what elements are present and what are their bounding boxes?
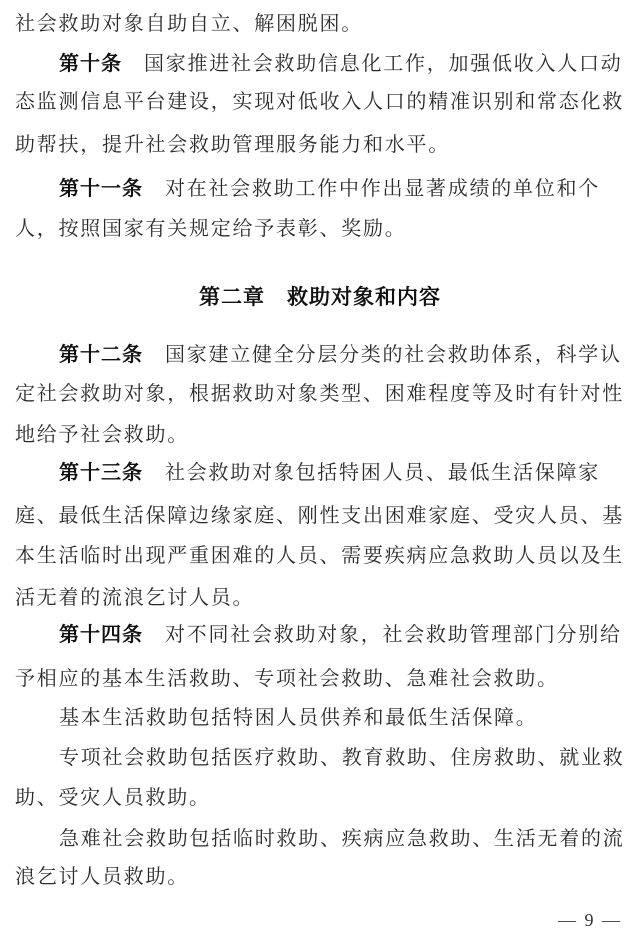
line-text: 定社会救助对象，根据救助对象类型、困难程度等及时有针对性 <box>15 381 624 405</box>
line-text: 浪乞讨人员救助。 <box>15 864 189 888</box>
chapter-heading: 第二章救助对象和内容 <box>0 281 640 311</box>
chapter-title: 救助对象和内容 <box>287 284 441 309</box>
article-13-line-3: 本生活临时出现严重困难的人员、需要疾病应急救助人员以及生 <box>15 543 627 567</box>
paragraph-basic-assistance: 基本生活救助包括特困人员供养和最低生活保障。 <box>15 705 640 729</box>
article-13-line-4: 活无着的流浪乞讨人员。 <box>15 585 627 609</box>
line-text: 予相应的基本生活救助、专项社会救助、急难社会救助。 <box>15 666 559 690</box>
line-text: 人，按照国家有关规定给予表彰、奖励。 <box>15 216 407 240</box>
article-11-line-1: 第十一条对在社会救助工作中作出显著成绩的单位和个 <box>15 176 640 200</box>
article-13-line-2: 庭、最低生活保障边缘家庭、刚性支出困难家庭、受灾人员、基 <box>15 503 627 527</box>
line-text: 社会救助对象自助自立、解困脱困。 <box>15 11 363 35</box>
article-number: 第十三条 <box>59 460 143 484</box>
article-number: 第十条 <box>59 51 122 75</box>
line-text: 活无着的流浪乞讨人员。 <box>15 585 254 609</box>
text-line-1: 社会救助对象自助自立、解困脱困。 <box>15 11 627 35</box>
line-text: 社会救助对象包括特困人员、最低生活保障家 <box>165 460 600 484</box>
line-text: 基本生活救助包括特困人员供养和最低生活保障。 <box>59 705 538 729</box>
article-14-line-2: 予相应的基本生活救助、专项社会救助、急难社会救助。 <box>15 666 627 690</box>
line-text: 本生活临时出现严重困难的人员、需要疾病应急救助人员以及生 <box>15 543 624 567</box>
paragraph-emergency-assistance-line-1: 急难社会救助包括临时救助、疾病应急救助、生活无着的流 <box>15 826 640 850</box>
line-text: 对不同社会救助对象，社会救助管理部门分别给 <box>165 622 622 646</box>
article-number: 第十二条 <box>59 342 143 366</box>
article-14-line-1: 第十四条对不同社会救助对象，社会救助管理部门分别给 <box>15 622 640 646</box>
chapter-number: 第二章 <box>199 284 265 309</box>
line-text: 急难社会救助包括临时救助、疾病应急救助、生活无着的流 <box>59 826 625 850</box>
article-10-line-3: 助帮扶，提升社会救助管理服务能力和水平。 <box>15 132 627 156</box>
line-text: 态监测信息平台建设，实现对低收入人口的精准识别和常态化救 <box>15 89 624 113</box>
line-text: 助、受灾人员救助。 <box>15 785 211 809</box>
article-12-line-3: 地给予社会救助。 <box>15 422 627 446</box>
line-text: 助帮扶，提升社会救助管理服务能力和水平。 <box>15 132 450 156</box>
line-text: 国家推进社会救助信息化工作，加强低收入人口动 <box>144 51 623 75</box>
line-text: 专项社会救助包括医疗救助、教育救助、住房救助、就业救 <box>59 745 625 769</box>
page-number: — 9 — <box>558 910 622 931</box>
article-11-line-2: 人，按照国家有关规定给予表彰、奖励。 <box>15 216 627 240</box>
paragraph-special-assistance-line-2: 助、受灾人员救助。 <box>15 785 627 809</box>
article-number: 第十一条 <box>59 176 143 200</box>
line-text: 国家建立健全分层分类的社会救助体系，科学认 <box>165 342 622 366</box>
article-number: 第十四条 <box>59 622 143 646</box>
paragraph-special-assistance-line-1: 专项社会救助包括医疗救助、教育救助、住房救助、就业救 <box>15 745 640 769</box>
paragraph-emergency-assistance-line-2: 浪乞讨人员救助。 <box>15 864 627 888</box>
line-text: 对在社会救助工作中作出显著成绩的单位和个 <box>165 176 600 200</box>
article-12-line-2: 定社会救助对象，根据救助对象类型、困难程度等及时有针对性 <box>15 381 627 405</box>
article-10-line-2: 态监测信息平台建设，实现对低收入人口的精准识别和常态化救 <box>15 89 627 113</box>
article-10-line-1: 第十条国家推进社会救助信息化工作，加强低收入人口动 <box>15 51 640 75</box>
line-text: 地给予社会救助。 <box>15 422 189 446</box>
line-text: 庭、最低生活保障边缘家庭、刚性支出困难家庭、受灾人员、基 <box>15 503 624 527</box>
article-13-line-1: 第十三条社会救助对象包括特困人员、最低生活保障家 <box>15 460 640 484</box>
article-12-line-1: 第十二条国家建立健全分层分类的社会救助体系，科学认 <box>15 342 640 366</box>
